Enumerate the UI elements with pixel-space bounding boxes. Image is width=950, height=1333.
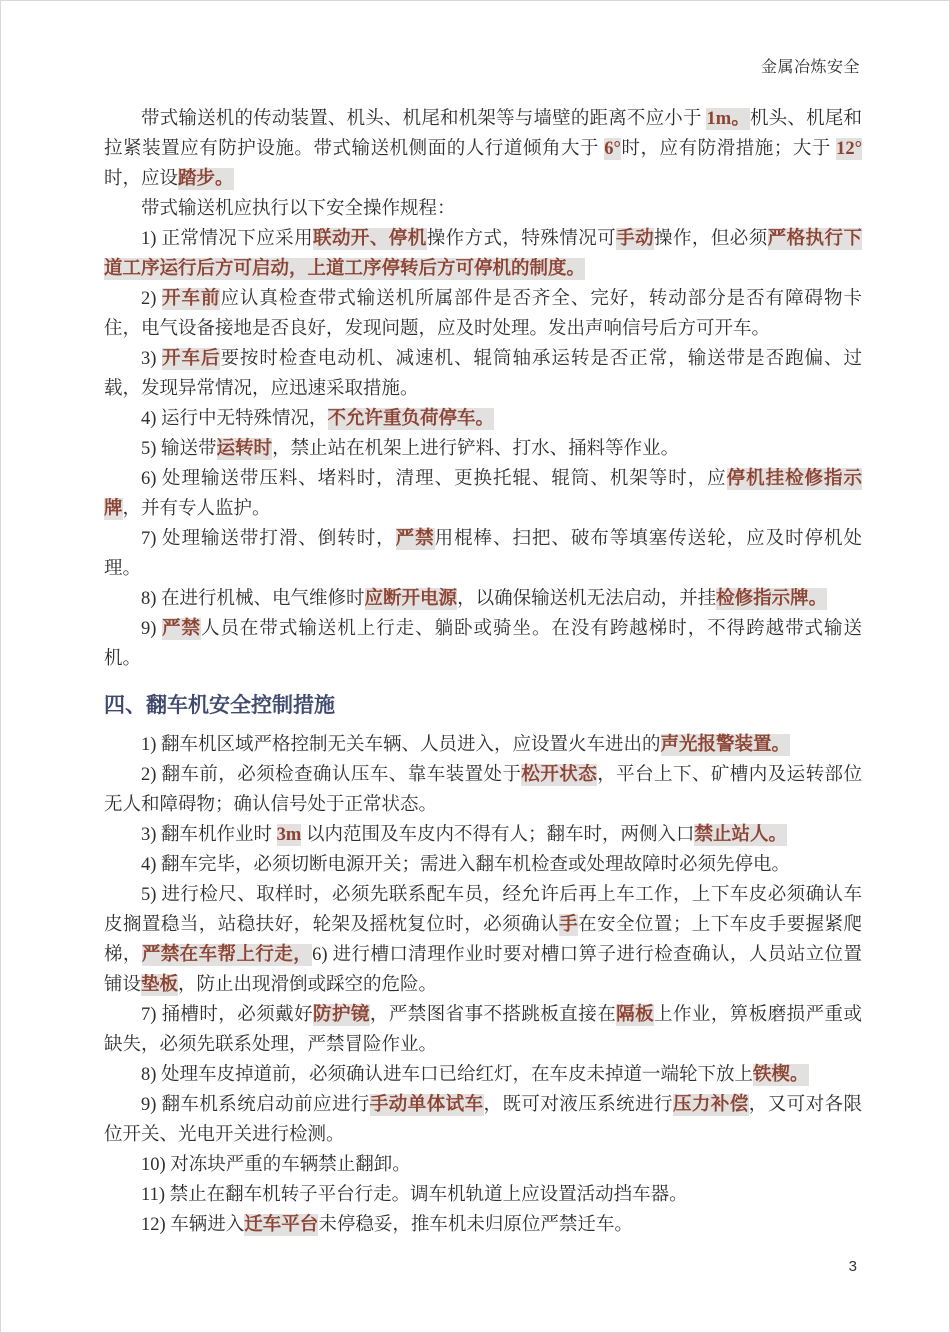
highlighted-text: 12° — [836, 138, 862, 160]
body-text: 6) 处理输送带压料、堵料时，清理、更换托辊、辊筒、机架等时，应 — [141, 469, 727, 489]
highlighted-text: 运转时 — [217, 438, 273, 460]
body-text: 4) 翻车完毕，必须切断电源开关；需进入翻车机检查或处理故障时必须先停电。 — [141, 855, 790, 875]
paragraph: 8) 处理车皮掉道前，必须确认进车口已给红灯，在车皮未掉道一端轮下放上铁楔。 — [104, 1060, 862, 1090]
body-text: 时，应有防滑措施；大于 — [621, 139, 836, 159]
body-text: 12) 车辆进入 — [141, 1215, 244, 1235]
body-text: ，以确保输送机无法启动，并挂 — [457, 589, 716, 609]
body-text: 4) 运行中无特殊情况， — [141, 409, 328, 429]
body-text: ，禁止站在机架上进行铲料、打水、捅料等作业。 — [272, 439, 679, 459]
body-text: 11) 禁止在翻车机转子平台行走。调车机轨道上应设置活动挡车器。 — [141, 1185, 688, 1205]
highlighted-text: 开车后 — [162, 348, 220, 370]
paragraph: 7) 捅槽时，必须戴好防护镜，严禁图省事不搭跳板直接在隔板上作业，箅板磨损严重或… — [104, 1000, 862, 1060]
page-header-title: 金属冶炼安全 — [761, 54, 860, 77]
highlighted-text: 铁楔。 — [753, 1064, 809, 1086]
body-text: 未停稳妥，推车机未归原位严禁迁车。 — [318, 1215, 633, 1235]
section-heading: 四、翻车机安全控制措施 — [104, 691, 862, 721]
body-text: 2) 翻车前，必须检查确认压车、靠车装置处于 — [141, 765, 521, 785]
highlighted-text: 3m — [277, 824, 302, 846]
paragraph: 带式输送机的传动装置、机头、机尾和机架等与墙壁的距离不应小于 1m。机头、机尾和… — [104, 104, 862, 194]
highlighted-text: 禁止站人。 — [694, 824, 787, 846]
paragraph: 12) 车辆进入迁车平台未停稳妥，推车机未归原位严禁迁车。 — [104, 1210, 862, 1240]
highlighted-text: 联动开、停机 — [313, 228, 427, 250]
paragraph: 2) 开车前应认真检查带式输送机所属部件是否齐全、完好，转动部分是否有障碍物卡住… — [104, 284, 862, 344]
paragraph: 4) 翻车完毕，必须切断电源开关；需进入翻车机检查或处理故障时必须先停电。 — [104, 850, 862, 880]
document-page: 金属冶炼安全 带式输送机的传动装置、机头、机尾和机架等与墙壁的距离不应小于 1m… — [0, 0, 950, 1333]
highlighted-text: 手动单体试车 — [370, 1094, 484, 1116]
paragraph: 6) 处理输送带压料、堵料时，清理、更换托辊、辊筒、机架等时，应停机挂检修指示牌… — [104, 464, 862, 524]
body-text: ，并有专人监护。 — [123, 499, 271, 519]
paragraph: 3) 开车后要按时检查电动机、减速机、辊筒轴承运转是否正常，输送带是否跑偏、过载… — [104, 344, 862, 404]
highlighted-text: 应断开电源 — [365, 588, 458, 610]
highlighted-text: 防护镜 — [313, 1004, 370, 1026]
body-text: 5) 输送带 — [141, 439, 217, 459]
paragraph: 2) 翻车前，必须检查确认压车、靠车装置处于松开状态，平台上下、矿槽内及运转部位… — [104, 760, 862, 820]
highlighted-text: 检修指示牌。 — [716, 588, 827, 610]
highlighted-text: 手 — [559, 914, 578, 936]
body-text: 8) 在进行机械、电气维修时 — [141, 589, 365, 609]
highlighted-text: 声光报警装置。 — [661, 734, 791, 756]
highlighted-text: 踏步。 — [178, 168, 234, 190]
highlighted-text: 手动 — [616, 228, 654, 250]
paragraph: 1) 正常情况下应采用联动开、停机操作方式，特殊情况可手动操作，但必须严格执行下… — [104, 224, 862, 284]
paragraph: 11) 禁止在翻车机转子平台行走。调车机轨道上应设置活动挡车器。 — [104, 1180, 862, 1210]
highlighted-text: 松开状态 — [521, 764, 597, 786]
highlighted-text: 开车前 — [162, 288, 220, 310]
body-text: ，既可对液压系统进行 — [484, 1095, 673, 1115]
body-text: 以内范围及车皮内不得有人；翻车时，两侧入口 — [301, 825, 694, 845]
body-text: 2) — [141, 289, 162, 309]
paragraph: 4) 运行中无特殊情况，不允许重负荷停车。 — [104, 404, 862, 434]
highlighted-text: 严禁在车帮上行走， — [142, 944, 312, 966]
highlighted-text: 6° — [604, 138, 621, 160]
body-text: ，防止出现滑倒或踩空的危险。 — [178, 975, 437, 995]
body-text: 10) 对冻块严重的车辆禁止翻卸。 — [141, 1155, 411, 1175]
paragraph: 9) 严禁人员在带式输送机上行走、躺卧或骑坐。在没有跨越梯时，不得跨越带式输送机… — [104, 614, 862, 674]
body-text: ，严禁图省事不搭跳板直接在 — [370, 1005, 616, 1025]
highlighted-text: 压力补偿 — [673, 1094, 749, 1116]
paragraph: 1) 翻车机区域严格控制无关车辆、人员进入，应设置火车进出的声光报警装置。 — [104, 730, 862, 760]
paragraph: 带式输送机应执行以下安全操作规程： — [104, 194, 862, 224]
paragraph: 5) 进行检尺、取样时，必须先联系配车员，经允许后再上车工作，上下车皮必须确认车… — [104, 880, 862, 1000]
page-number: 3 — [849, 1258, 857, 1275]
document-body: 带式输送机的传动装置、机头、机尾和机架等与墙壁的距离不应小于 1m。机头、机尾和… — [104, 104, 862, 1240]
body-text: 9) — [141, 619, 162, 639]
highlighted-text: 1m。 — [706, 108, 750, 130]
highlighted-text: 严禁 — [162, 618, 201, 640]
highlighted-text: 隔板 — [616, 1004, 654, 1026]
body-text: 1) 正常情况下应采用 — [141, 229, 313, 249]
highlighted-text: 垫板 — [141, 974, 178, 996]
body-text: 带式输送机的传动装置、机头、机尾和机架等与墙壁的距离不应小于 — [141, 109, 706, 129]
body-text: 3) 翻车机作业时 — [141, 825, 277, 845]
highlighted-text: 严禁 — [396, 528, 435, 550]
body-text: 7) 捅槽时，必须戴好 — [141, 1005, 313, 1025]
body-text: 带式输送机应执行以下安全操作规程： — [141, 199, 456, 219]
body-text: 1) 翻车机区域严格控制无关车辆、人员进入，应设置火车进出的 — [141, 735, 661, 755]
paragraph: 5) 输送带运转时，禁止站在机架上进行铲料、打水、捅料等作业。 — [104, 434, 862, 464]
body-text: 7) 处理输送带打滑、倒转时， — [141, 529, 396, 549]
paragraph: 8) 在进行机械、电气维修时应断开电源，以确保输送机无法启动，并挂检修指示牌。 — [104, 584, 862, 614]
body-text: 时，应设 — [104, 169, 178, 189]
highlighted-text: 迁车平台 — [244, 1214, 318, 1236]
body-text: 9) 翻车机系统启动前应进行 — [141, 1095, 370, 1115]
body-text: 3) — [141, 349, 162, 369]
paragraph: 9) 翻车机系统启动前应进行手动单体试车，既可对液压系统进行压力补偿，又可对各限… — [104, 1090, 862, 1150]
paragraph: 3) 翻车机作业时 3m 以内范围及车皮内不得有人；翻车时，两侧入口禁止站人。 — [104, 820, 862, 850]
body-text: 8) 处理车皮掉道前，必须确认进车口已给红灯，在车皮未掉道一端轮下放上 — [141, 1065, 753, 1085]
highlighted-text: 不允许重负荷停车。 — [328, 408, 495, 430]
paragraph: 7) 处理输送带打滑、倒转时，严禁用棍棒、扫把、破布等填塞传送轮，应及时停机处理… — [104, 524, 862, 584]
body-text: 操作，但必须 — [654, 229, 768, 249]
body-text: 人员在带式输送机上行走、躺卧或骑坐。在没有跨越梯时，不得跨越带式输送机。 — [104, 619, 862, 669]
paragraph: 10) 对冻块严重的车辆禁止翻卸。 — [104, 1150, 862, 1180]
body-text: 操作方式，特殊情况可 — [427, 229, 616, 249]
